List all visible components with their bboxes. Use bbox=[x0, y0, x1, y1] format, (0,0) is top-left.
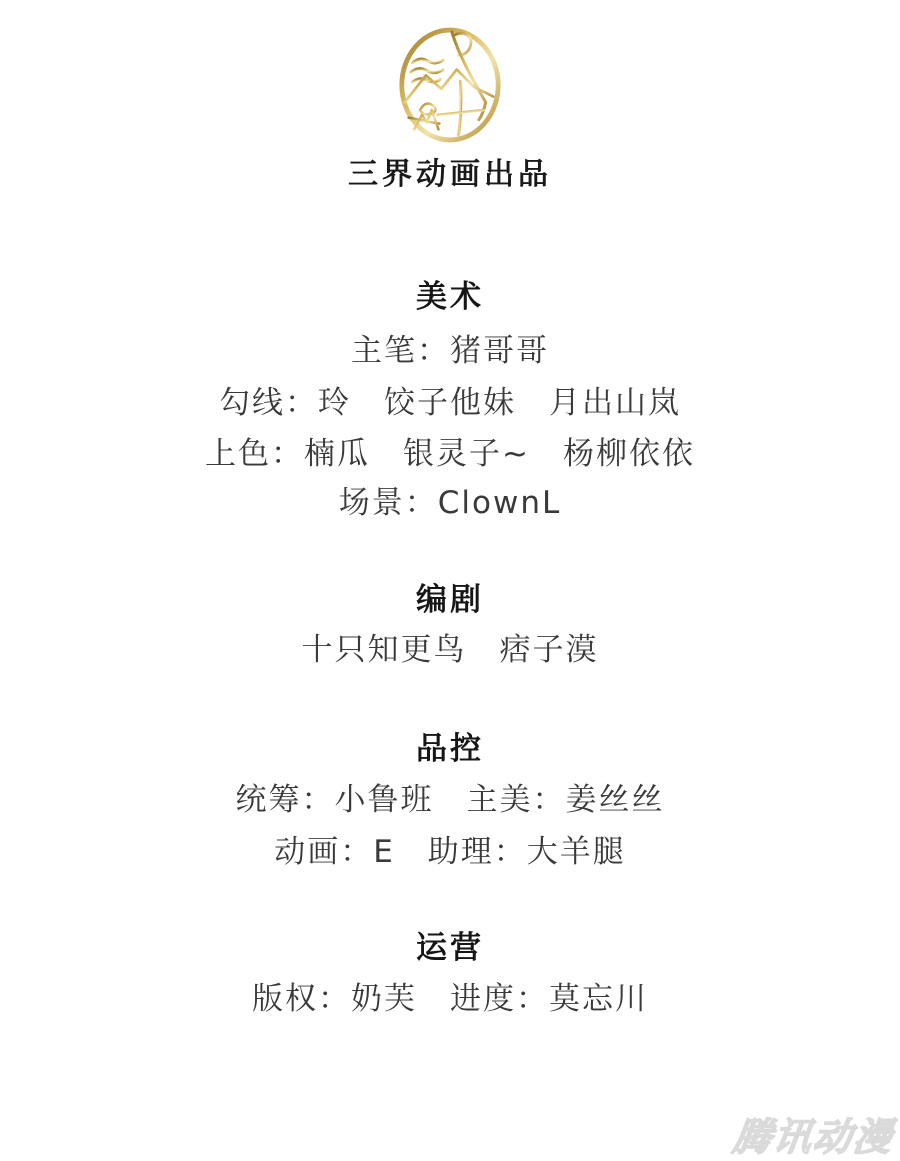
section-title-quality-control: 品控 bbox=[0, 723, 900, 768]
three-realms-seal-icon bbox=[397, 24, 503, 146]
section-title-script: 编剧 bbox=[0, 574, 900, 619]
credit-line: 上色：楠瓜 银灵子~ 杨柳依依 bbox=[0, 428, 900, 473]
credit-line: 十只知更鸟 痞子漠 bbox=[0, 624, 900, 669]
credit-line: 统筹：小鲁班 主美：姜丝丝 bbox=[0, 774, 900, 819]
section-title-operations: 运营 bbox=[0, 922, 900, 967]
production-label: 三界动画出品 bbox=[0, 149, 900, 193]
credit-line: 版权：奶芙 进度：莫忘川 bbox=[0, 973, 900, 1018]
credit-line: 场景：ClownL bbox=[0, 477, 900, 522]
credit-line: 勾线：玲 饺子他妹 月出山岚 bbox=[0, 377, 900, 422]
credit-line: 主笔：猪哥哥 bbox=[0, 325, 900, 370]
credits-page: 三界动画出品 美术 主笔：猪哥哥 勾线：玲 饺子他妹 月出山岚 上色：楠瓜 银灵… bbox=[0, 0, 900, 1161]
tencent-comics-watermark: 腾讯动漫 bbox=[730, 1106, 898, 1161]
credit-line: 动画：E 助理：大羊腿 bbox=[0, 826, 900, 871]
section-title-art: 美术 bbox=[0, 271, 900, 316]
